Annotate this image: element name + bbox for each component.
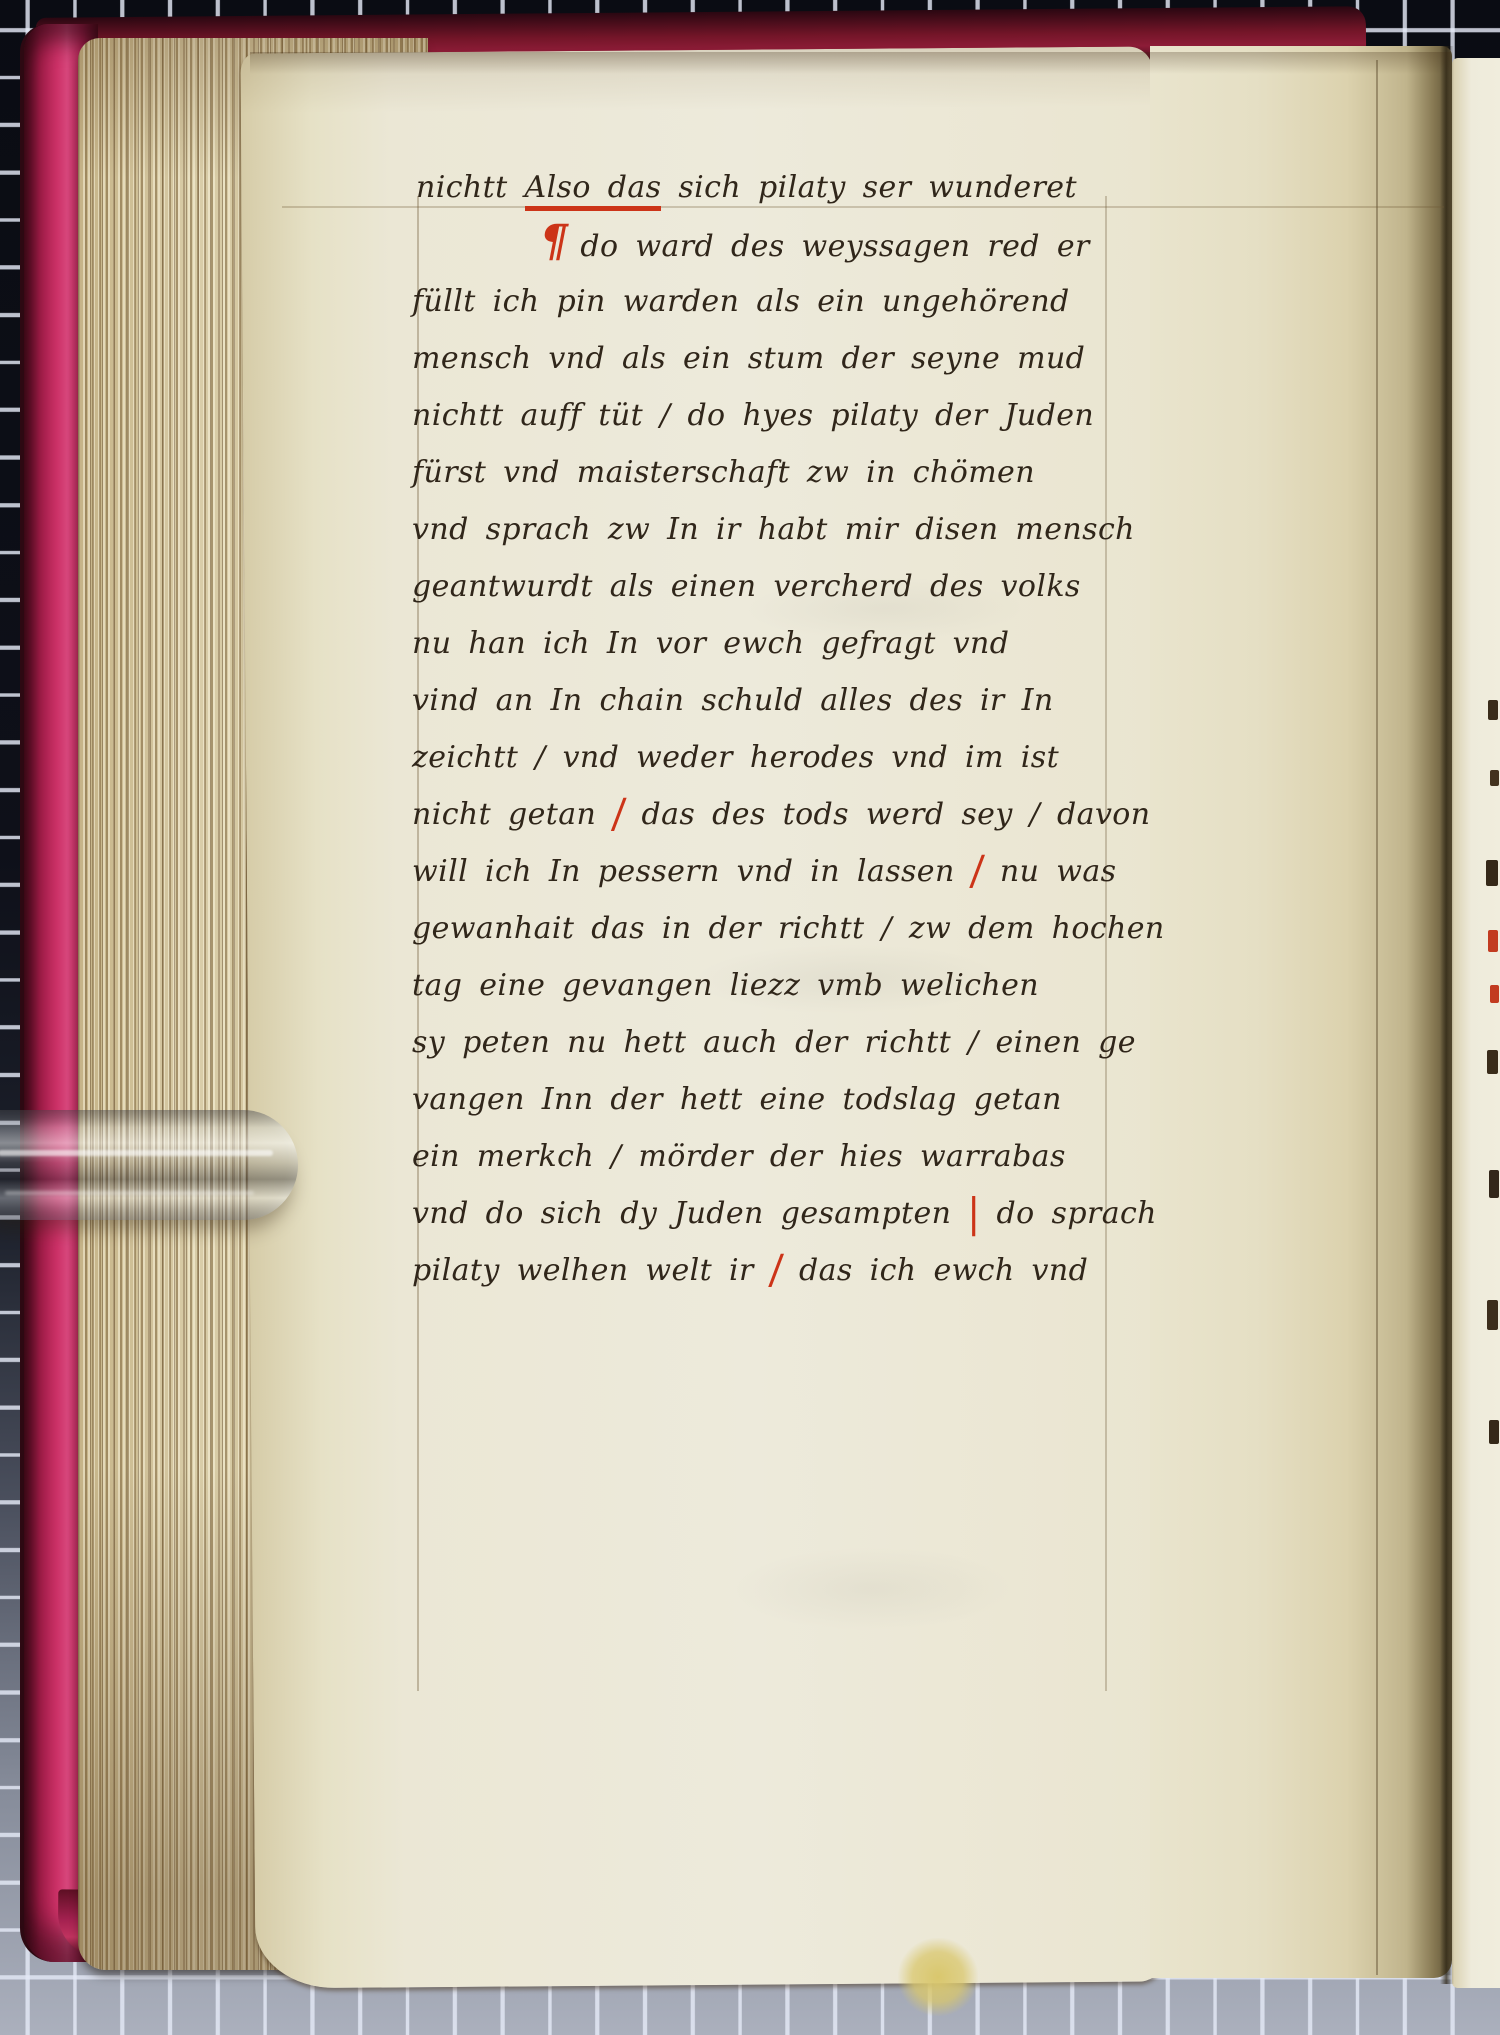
text-segment: do sprach: [980, 1196, 1157, 1231]
text-segment: gewanhait das in der richtt / zw dem hoc…: [412, 911, 1165, 946]
manuscript-line: tag eine gevangen liezz vmb welichen: [412, 968, 1112, 1025]
manuscript-line: zeichtt / vnd weder herodes vnd im ist: [412, 740, 1112, 797]
manuscript-photo-scene: nichtt Also das sich pilaty ser wunderet…: [0, 0, 1500, 2035]
text-segment: vnd sprach zw In ir habt mir disen mensc…: [412, 512, 1135, 547]
text-segment: zeichtt / vnd weder herodes vnd im ist: [412, 740, 1059, 775]
rubric-pilcrow: ¶: [540, 216, 568, 267]
manuscript-line: vind an In chain schuld alles des ir In: [412, 683, 1112, 740]
facing-page-ink-sliver: [1488, 700, 1498, 720]
rubric-mark: /: [972, 848, 983, 895]
manuscript-line: nichtt Also das sich pilaty ser wunderet: [412, 170, 1112, 227]
glass-rod-highlight: [5, 1191, 255, 1195]
page-gutter-fold: [1150, 46, 1452, 1978]
text-segment: füllt ich pin warden als ein ungehörend: [412, 284, 1070, 319]
facing-page-ink-sliver: [1490, 770, 1499, 786]
rubric-mark: /: [613, 791, 624, 838]
manuscript-line: pilaty welhen welt ir / das ich ewch vnd: [412, 1253, 1112, 1310]
facing-page-ink-sliver: [1486, 860, 1498, 886]
manuscript-line: nichtt auff tüt / do hyes pilaty der Jud…: [412, 398, 1112, 455]
manuscript-line: vangen Inn der hett eine todslag getan: [412, 1082, 1112, 1139]
parchment-stain: [898, 1938, 978, 2016]
text-segment: pilaty welhen welt ir: [412, 1253, 771, 1288]
text-segment: das des tods werd sey / davon: [625, 797, 1151, 832]
text-segment: sy peten nu hett auch der richtt / einen…: [412, 1025, 1136, 1060]
glass-rod-highlight: [0, 1150, 273, 1156]
text-segment: nu han ich In vor ewch gefragt vnd: [412, 626, 1009, 661]
text-segment: mensch vnd als ein stum der seyne mud: [412, 341, 1085, 376]
text-segment: ein merkch / mörder der hies warrabas: [412, 1139, 1066, 1174]
page-top-shadow: [250, 52, 1450, 74]
manuscript-line: füllt ich pin warden als ein ungehörend: [412, 284, 1112, 341]
manuscript-line: nu han ich In vor ewch gefragt vnd: [412, 626, 1112, 683]
manuscript-line: ¶do ward des weyssagen red er: [412, 227, 1112, 284]
text-segment: tag eine gevangen liezz vmb welichen: [412, 968, 1039, 1003]
text-segment: sich pilaty ser wunderet: [661, 170, 1076, 205]
ruling-line-fold-margin: [1376, 60, 1378, 1975]
manuscript-line: ein merkch / mörder der hies warrabas: [412, 1139, 1112, 1196]
manuscript-line: mensch vnd als ein stum der seyne mud: [412, 341, 1112, 398]
text-segment: vind an In chain schuld alles des ir In: [412, 683, 1054, 718]
text-segment: fürst vnd maisterschaft zw in chömen: [412, 455, 1035, 490]
text-segment: nu was: [983, 854, 1116, 889]
text-segment: geantwurdt als einen vercherd des volks: [412, 569, 1081, 604]
facing-page-ink-sliver: [1490, 985, 1499, 1003]
manuscript-line: vnd sprach zw In ir habt mir disen mensc…: [412, 512, 1112, 569]
manuscript-line: gewanhait das in der richtt / zw dem hoc…: [412, 911, 1112, 968]
text-segment: nicht getan: [412, 797, 613, 832]
rubric-mark: /: [771, 1247, 782, 1294]
facing-page-ink-sliver: [1488, 930, 1498, 952]
glass-page-weight-rod: [0, 1110, 298, 1220]
text-segment: vangen Inn der hett eine todslag getan: [412, 1082, 1062, 1117]
text-segment: nichtt auff tüt / do hyes pilaty der Jud…: [412, 398, 1094, 433]
facing-page-ink-sliver: [1487, 1300, 1498, 1330]
facing-page-sliver: [1452, 58, 1500, 1988]
gutter-crease-shadow: [1440, 46, 1454, 1984]
text-segment: will ich In pessern vnd in lassen: [412, 854, 972, 889]
text-segment: das ich ewch vnd: [782, 1253, 1088, 1288]
manuscript-line: geantwurdt als einen vercherd des volks: [412, 569, 1112, 626]
manuscript-line: sy peten nu hett auch der richtt / einen…: [412, 1025, 1112, 1082]
facing-page-ink-sliver: [1489, 1170, 1499, 1198]
text-segment: Also das: [525, 170, 662, 211]
manuscript-line: nicht getan / das des tods werd sey / da…: [412, 797, 1112, 854]
text-block: nichtt Also das sich pilaty ser wunderet…: [412, 170, 1112, 1310]
rubric-mark: |: [968, 1190, 979, 1237]
manuscript-line: will ich In pessern vnd in lassen / nu w…: [412, 854, 1112, 911]
manuscript-line: vnd do sich dy Juden gesampten | do spra…: [412, 1196, 1112, 1253]
facing-page-ink-sliver: [1489, 1420, 1499, 1444]
text-segment: do ward des weyssagen red er: [580, 229, 1089, 264]
text-segment: vnd do sich dy Juden gesampten: [412, 1196, 968, 1231]
text-segment: nichtt: [416, 170, 525, 205]
facing-page-ink-sliver: [1487, 1050, 1498, 1074]
manuscript-line: fürst vnd maisterschaft zw in chömen: [412, 455, 1112, 512]
